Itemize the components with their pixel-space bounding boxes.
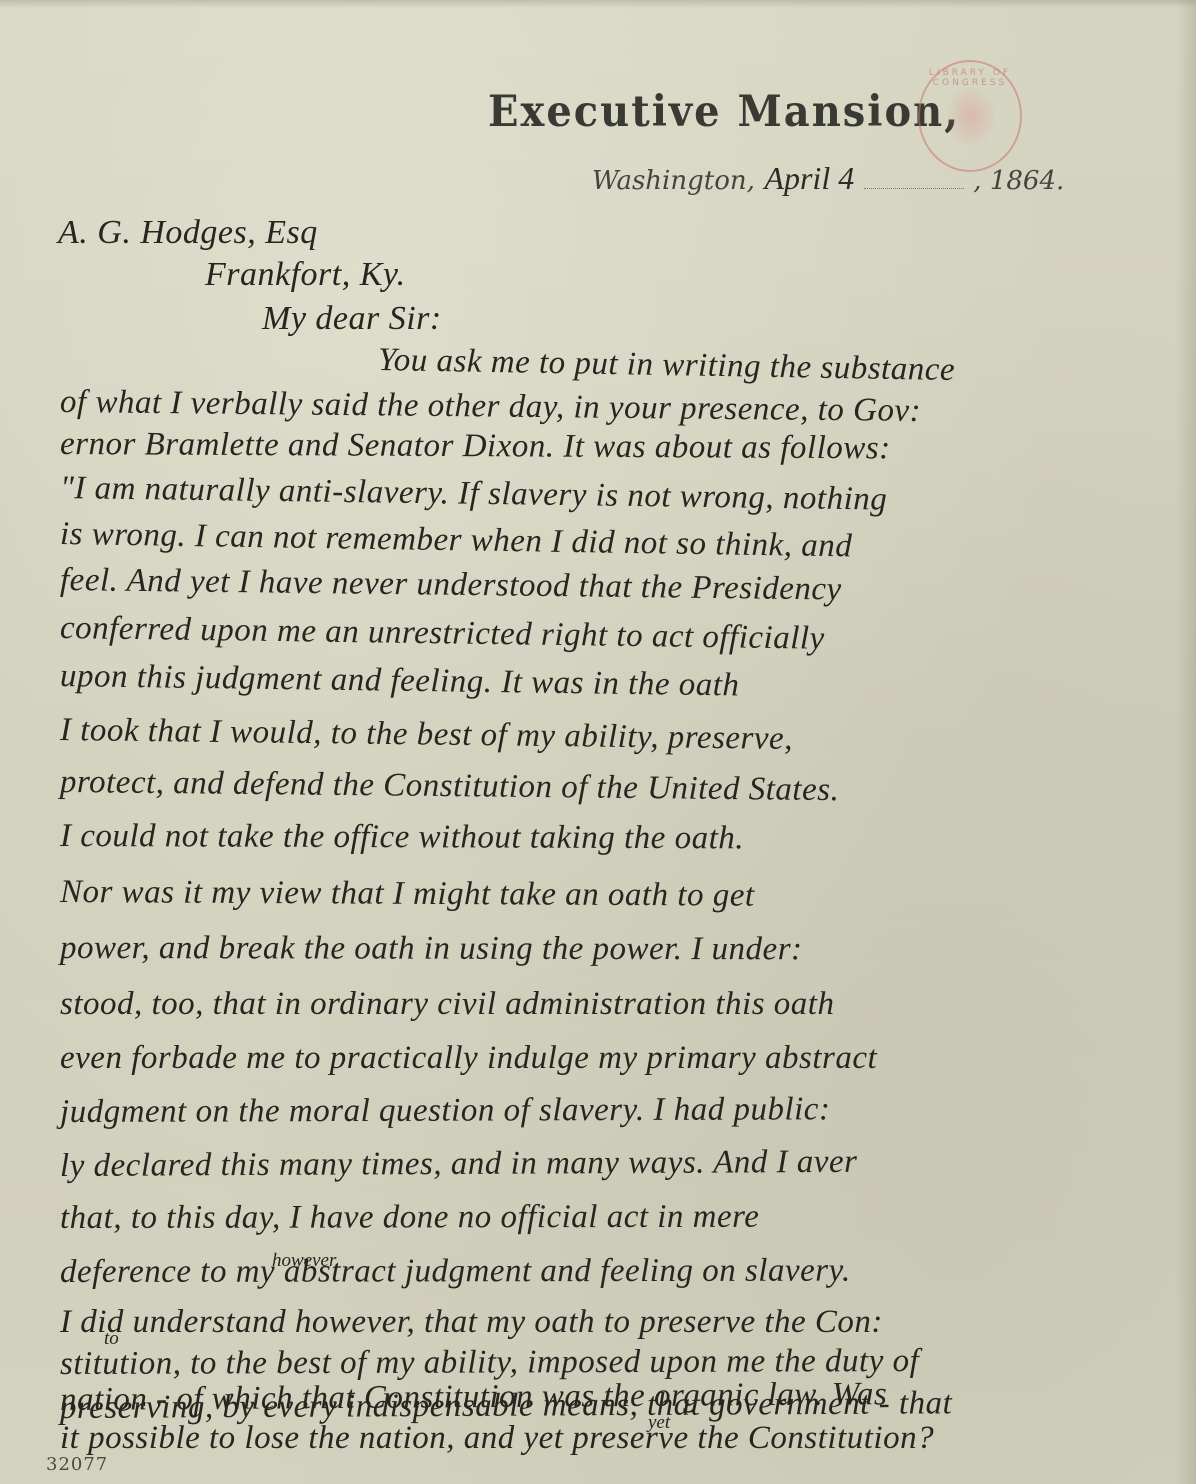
body-line: it possible to lose the nation, and yet … [60, 1420, 934, 1457]
dateline-date: April 4 [764, 160, 854, 196]
body-line: I could not take the office without taki… [60, 818, 744, 857]
stamp-ring-text: LIBRARY OF CONGRESS [920, 68, 1020, 88]
dateline-dotted-rule [864, 188, 964, 189]
recipient-name: A. G. Hodges, Esq [58, 214, 318, 252]
archive-number: 32077 [46, 1454, 108, 1475]
recipient-location: Frankfort, Ky. [205, 256, 406, 294]
body-line: that, to this day, I have done no offici… [60, 1199, 759, 1237]
letterhead-title: Executive Mansion, [488, 86, 960, 137]
body-line: I took that I would, to the best of my a… [60, 712, 793, 758]
salutation: My dear Sir: [262, 300, 442, 338]
body-line: stood, too, that in ordinary civil admin… [60, 986, 834, 1023]
body-line: upon this judgment and feeling. It was i… [60, 658, 740, 704]
body-line: of what I verbally said the other day, i… [60, 384, 921, 430]
body-line: is wrong. I can not remember when I did … [60, 516, 853, 565]
body-line: even forbade me to practically indulge m… [60, 1040, 877, 1077]
dateline-year: , 1864. [973, 166, 1064, 196]
body-line: Nor was it my view that I might take an … [60, 874, 755, 915]
paper-edge-top [0, 0, 1196, 8]
manuscript-page: Executive Mansion, LIBRARY OF CONGRESS W… [0, 0, 1196, 1484]
eagle-seal-icon [948, 88, 994, 144]
body-line: conferred upon me an unrestricted right … [60, 610, 825, 658]
body-line: I did understand however, that my oath t… [60, 1304, 883, 1341]
body-line: protect, and defend the Constitution of … [60, 764, 840, 809]
dateline: Washington, April 4 , 1864. [592, 160, 1064, 197]
body-line: feel. And yet I have never understood th… [60, 562, 842, 609]
paper-edge-right [1176, 0, 1196, 1484]
insertion-to: to [104, 1328, 119, 1350]
body-line: deference to my abstract judgment and fe… [60, 1253, 851, 1291]
body-line: You ask me to put in writing the substan… [378, 342, 956, 389]
body-line: ernor Bramlette and Senator Dixon. It wa… [60, 426, 891, 467]
body-line: judgment on the moral question of slaver… [60, 1091, 831, 1131]
dateline-place: Washington, [592, 166, 755, 196]
body-line: ly declared this many times, and in many… [60, 1144, 858, 1185]
library-stamp: LIBRARY OF CONGRESS [918, 60, 1022, 172]
body-line: nation - of which that Constitution was … [60, 1376, 887, 1419]
insertion-however: however, [272, 1250, 339, 1272]
body-line: power, and break the oath in using the p… [60, 930, 803, 968]
body-line: "I am naturally anti-slavery. If slavery… [60, 470, 888, 519]
